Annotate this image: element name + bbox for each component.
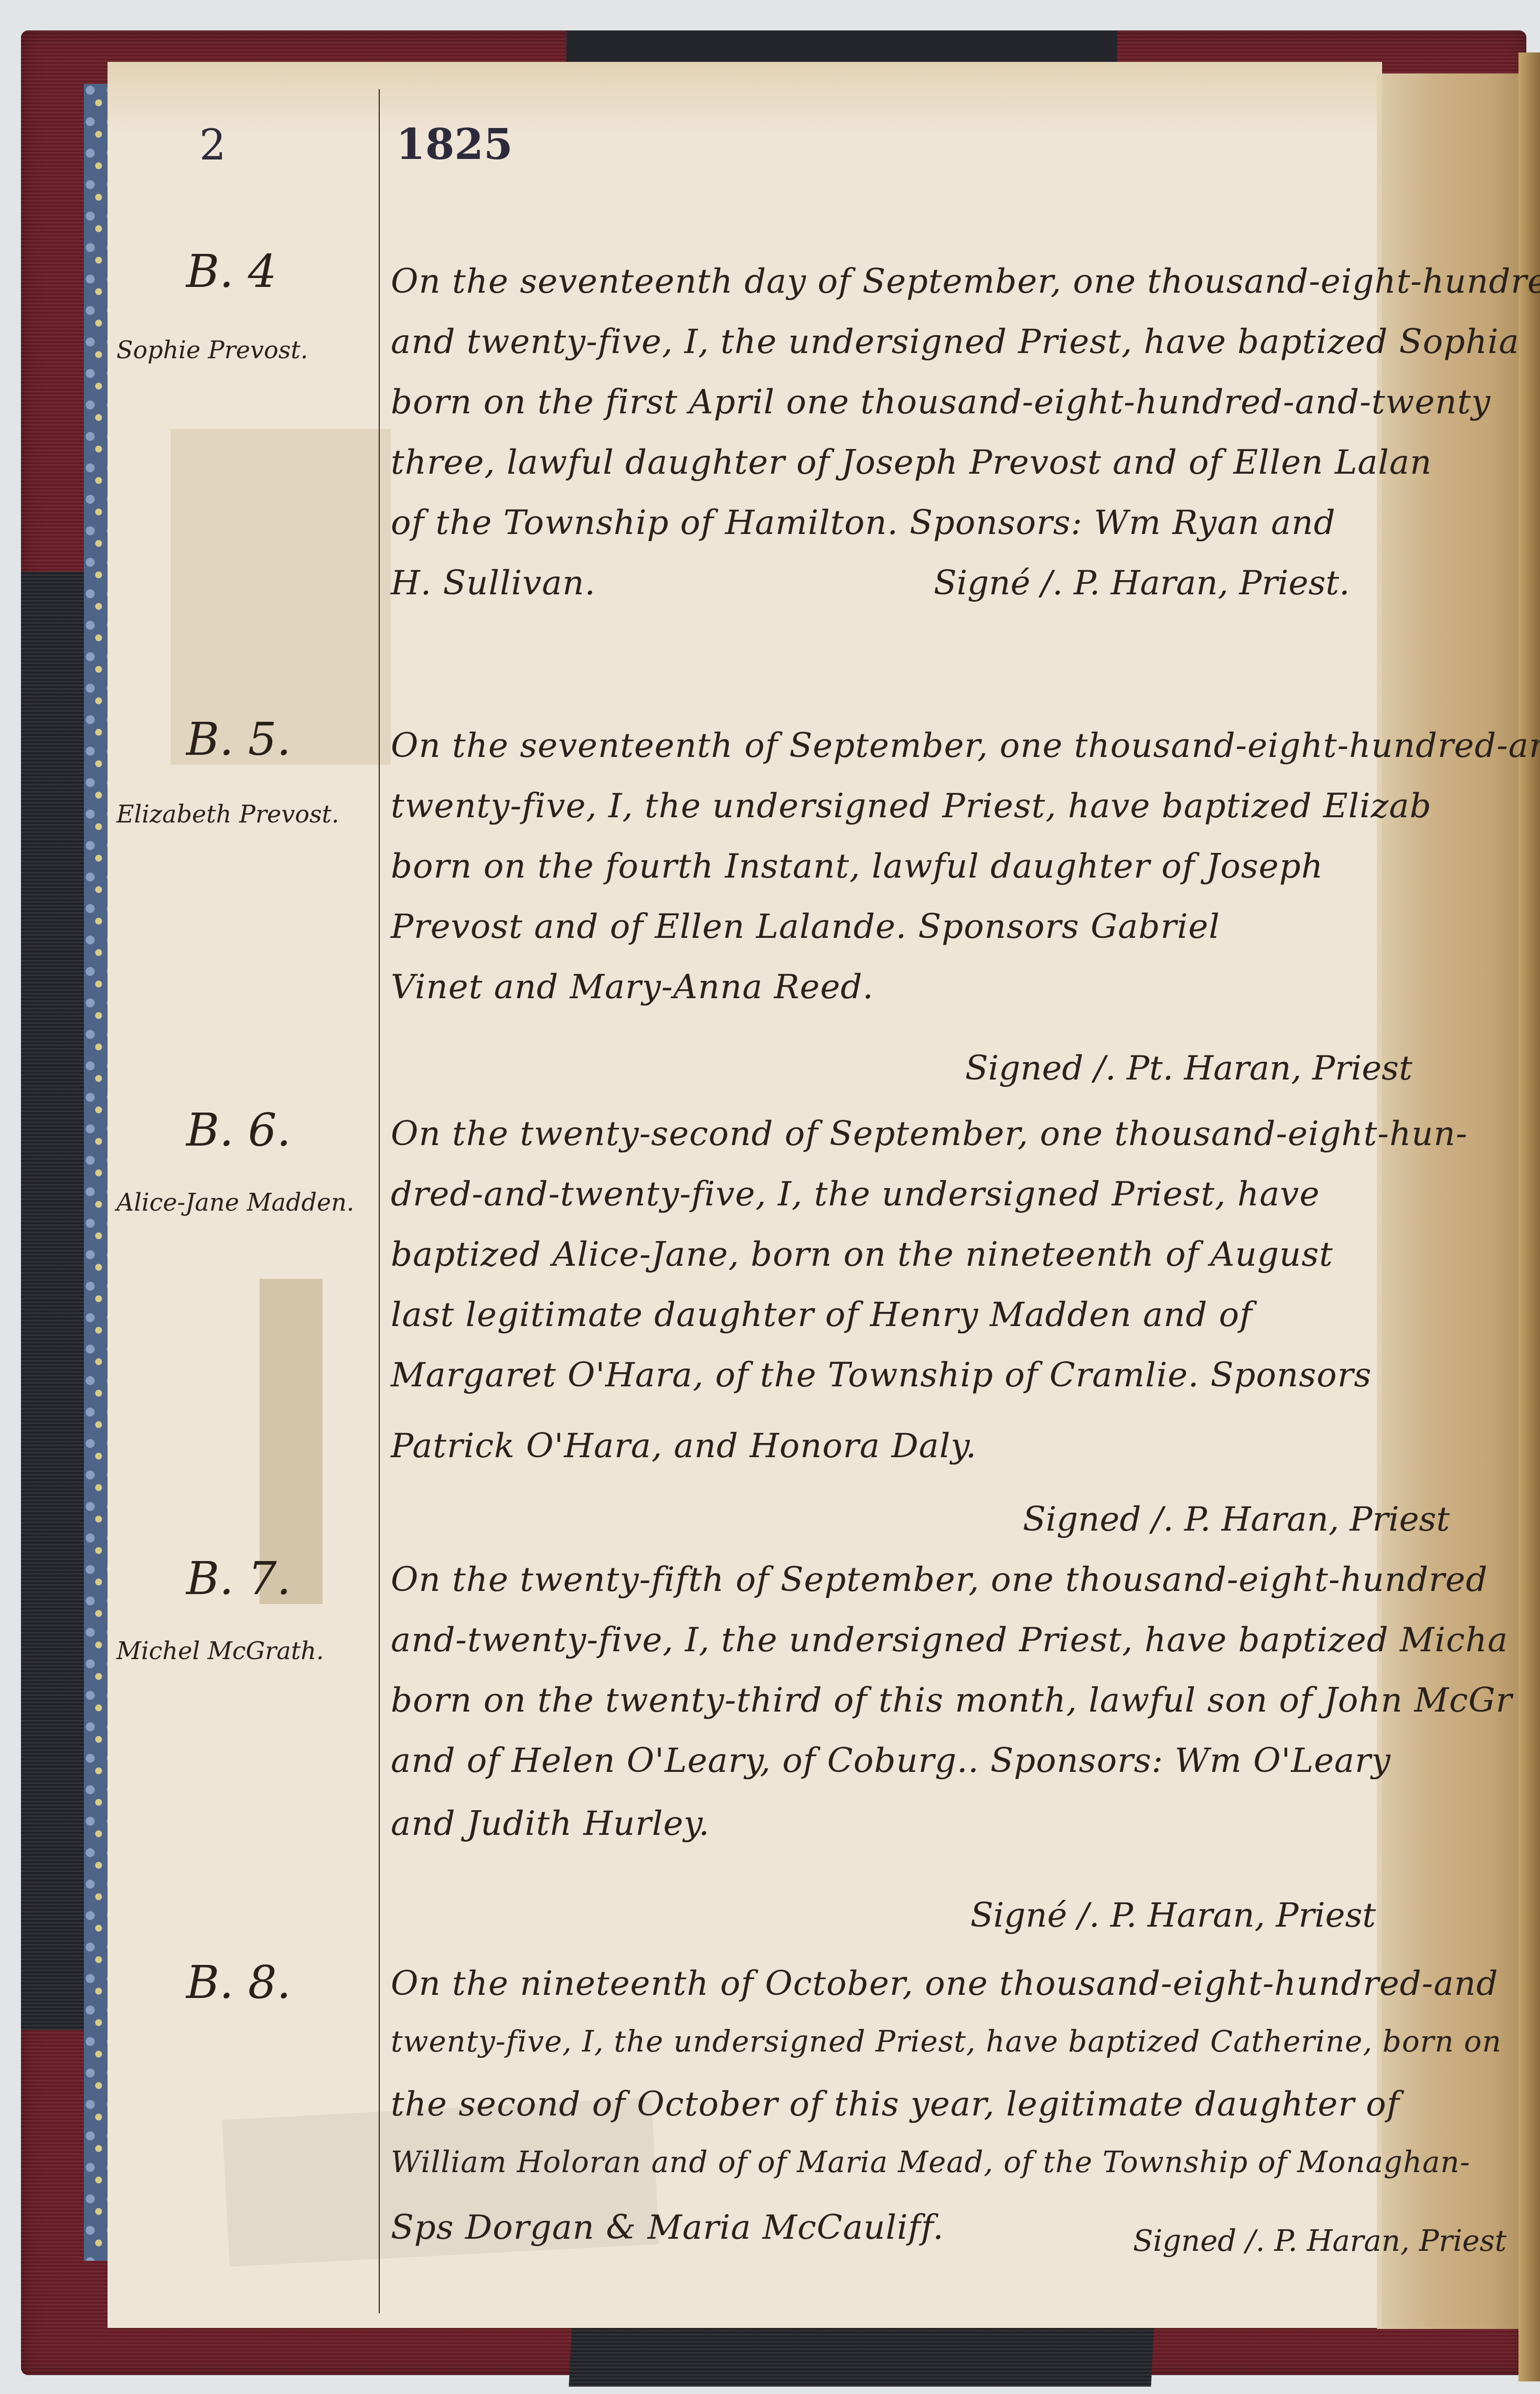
entry-line: baptized Alice-Jane, born on the ninetee…: [391, 1235, 1333, 1274]
entry-signature: Signed /. P. Haran, Priest: [1133, 2224, 1506, 2258]
entry-line: of the Township of Hamilton. Sponsors: W…: [391, 504, 1336, 542]
entry-line: three, lawful daughter of Joseph Prevost…: [391, 443, 1432, 482]
page-block-edge: [1518, 52, 1540, 2381]
entry-number: B. 5.: [186, 713, 291, 766]
entry-line: Margaret O'Hara, of the Township of Cram…: [391, 1356, 1372, 1395]
entry-line: Prevost and of Ellen Lalande. Sponsors G…: [391, 907, 1220, 946]
entry-line: Vinet and Mary-Anna Reed.: [391, 968, 874, 1007]
entry-line: born on the first April one thousand-eig…: [391, 383, 1491, 422]
margin-rule: [379, 89, 380, 2313]
entry-name: Alice-Jane Madden.: [116, 1188, 354, 1216]
entry-line: and-twenty-five, I, the undersigned Prie…: [391, 1621, 1508, 1660]
year-heading: 1825: [396, 120, 513, 169]
entry-line: twenty-five, I, the undersigned Priest, …: [391, 2025, 1502, 2059]
entry-line: William Holoran and of of Maria Mead, of…: [391, 2145, 1470, 2179]
entry-line: On the nineteenth of October, one thousa…: [391, 1964, 1499, 2003]
entry-number: B. 8.: [186, 1957, 291, 2009]
entry-signature: Signed /. Pt. Haran, Priest: [965, 1049, 1413, 1088]
entry-number: B. 7.: [186, 1553, 291, 1605]
entry-line: On the twenty-second of September, one t…: [391, 1115, 1468, 1153]
entry-name: Michel McGrath.: [116, 1637, 324, 1665]
entry-signature: Signé /. P. Haran, Priest: [970, 1896, 1376, 1935]
entry-signature: Signé /. P. Haran, Priest.: [934, 564, 1350, 603]
entry-line: Patrick O'Hara, and Honora Daly.: [391, 1427, 977, 1466]
entry-line: born on the twenty-third of this month, …: [391, 1681, 1512, 1720]
entry-line: and of Helen O'Leary, of Coburg.. Sponso…: [391, 1741, 1391, 1780]
entry-line: born on the fourth Instant, lawful daugh…: [391, 847, 1323, 886]
entry-line: On the twenty-fifth of September, one th…: [391, 1561, 1488, 1599]
entry-line: dred-and-twenty-five, I, the undersigned…: [391, 1175, 1320, 1214]
entry-line: H. Sullivan.: [391, 564, 596, 603]
entry-line: Sps Dorgan & Maria McCauliff.: [391, 2208, 944, 2247]
entry-line: last legitimate daughter of Henry Madden…: [391, 1296, 1253, 1334]
entry-line: and Judith Hurley.: [391, 1804, 710, 1843]
page-number: 2: [199, 121, 226, 169]
entry-line: and twenty-five, I, the undersigned Prie…: [391, 323, 1520, 361]
entry-line: On the seventeenth of September, one tho…: [391, 726, 1540, 765]
entry-name: Elizabeth Prevost.: [116, 800, 339, 828]
entry-line: On the seventeenth day of September, one…: [391, 262, 1540, 301]
entry-signature: Signed /. P. Haran, Priest: [1023, 1500, 1450, 1539]
entry-line: twenty-five, I, the undersigned Priest, …: [391, 787, 1431, 826]
entry-name: Sophie Prevost.: [116, 336, 308, 364]
entry-line: the second of October of this year, legi…: [391, 2085, 1399, 2124]
entry-number: B. 6.: [186, 1104, 291, 1157]
entry-number: B. 4: [186, 245, 277, 298]
